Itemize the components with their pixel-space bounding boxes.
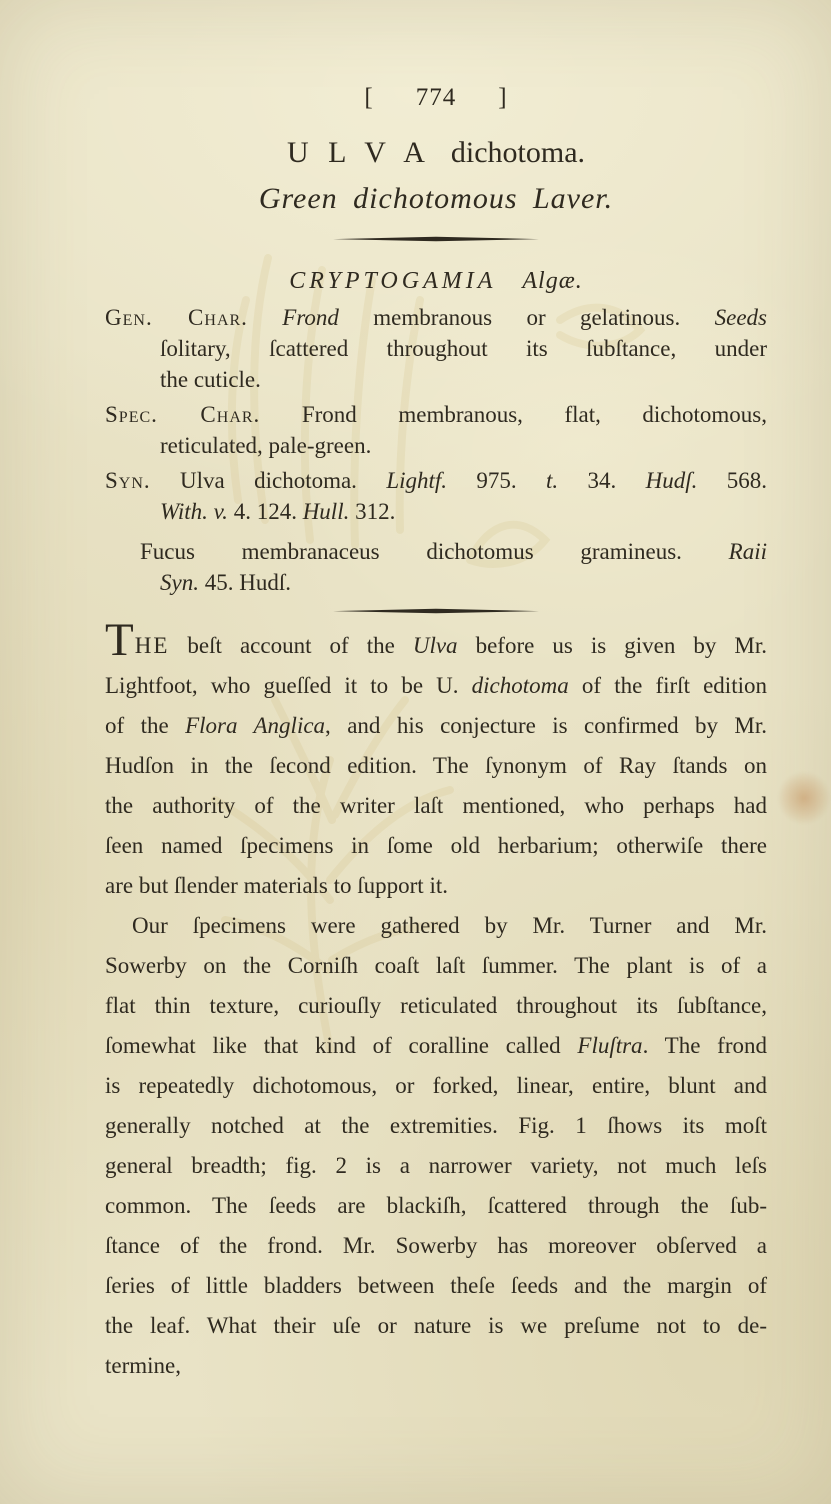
- page-number-close-bracket: ]: [498, 84, 507, 112]
- scanned-book-page: [ 774 ] U L V Adichotoma. Green dichotom…: [0, 0, 831, 1504]
- text-segment: is repeatedly dichotomous, or forked, li…: [105, 1073, 767, 1098]
- foxing-stain: [777, 771, 831, 825]
- text-segment: 45. Hudſ.: [199, 570, 291, 595]
- class-name: CRYPTOGAMIA: [289, 268, 496, 294]
- tapered-rule-top: [333, 236, 539, 242]
- text-segment: ſomewhat like that kind of coralline cal…: [105, 1033, 577, 1058]
- section-spec-char: Spec. Char. Frond membranous, flat, dich…: [105, 399, 767, 461]
- text-segment: 568.: [697, 468, 767, 493]
- text-segment: ſeen named ſpecimens in ſome old herbari…: [105, 833, 767, 858]
- text-segment: ſolitary, ſcattered throughout its ſubſt…: [160, 336, 767, 361]
- text-segment: of the: [105, 713, 185, 738]
- text-segment: generally notched at the extremities. Fi…: [105, 1113, 767, 1138]
- text-segment: Syn.: [105, 468, 151, 493]
- text-segment: , and his conjecture is confirmed by Mr.: [325, 713, 767, 738]
- text-segment: 312.: [349, 499, 395, 524]
- page-number: [ 774 ]: [105, 84, 767, 112]
- text-segment: Flora Anglica: [185, 713, 325, 738]
- body-paragraph-2: Our ſpecimens were gathered by Mr. Turne…: [105, 906, 767, 1386]
- text-segment: are but ſlender materials to ſupport it.: [105, 873, 448, 898]
- text-segment: HE: [135, 633, 170, 658]
- text-segment: Sowerby on the Corniſh coaſt laſt ſummer…: [105, 953, 767, 978]
- text-segment: flat thin texture, curiouſly reticulated…: [105, 993, 767, 1018]
- text-segment: the authority of the writer laſt mention…: [105, 793, 767, 818]
- text-segment: With.: [160, 499, 208, 524]
- text-line: Lightfoot, who gueſſed it to be U. dicho…: [105, 666, 767, 706]
- text-segment: common. The ſeeds are blackiſh, ſcattere…: [105, 1193, 767, 1218]
- text-segment: the leaf. What their uſe or nature is we…: [105, 1313, 767, 1338]
- body-paragraph-1: THE beſt account of the Ulva before us i…: [105, 626, 767, 906]
- text-segment: 975.: [447, 468, 546, 493]
- section-gen-char: Gen. Char. Frond membranous or gelatinou…: [105, 302, 767, 395]
- page-content: [ 774 ] U L V Adichotoma. Green dichotom…: [105, 0, 767, 1386]
- text-segment: Frond membranous, flat, dichotomous,: [260, 402, 767, 427]
- genus-name: U L V A: [287, 136, 431, 169]
- text-segment: beſt account of the: [169, 633, 412, 658]
- text-line: With. v. 4. 124. Hull. 312.: [105, 496, 767, 527]
- text-line: the authority of the writer laſt mention…: [105, 786, 767, 826]
- text-segment: Ulva dichotoma.: [151, 468, 387, 493]
- text-segment: Fluſtra: [577, 1033, 642, 1058]
- text-segment: 34.: [558, 468, 645, 493]
- tapered-rule-bottom: [333, 608, 539, 614]
- text-segment: Lightfoot, who gueſſed it to be U.: [105, 673, 472, 698]
- text-line: THE beſt account of the Ulva before us i…: [105, 626, 767, 666]
- body-text: THE beſt account of the Ulva before us i…: [105, 626, 767, 1386]
- text-segment: general breadth; fig. 2 is a narrower va…: [105, 1153, 767, 1178]
- text-line: ſolitary, ſcattered throughout its ſubſt…: [105, 333, 767, 364]
- text-line: Fucus membranaceus dichotomus gramineus.…: [105, 536, 767, 567]
- text-segment: before us is given by Mr.: [458, 633, 767, 658]
- text-line: are but ſlender materials to ſupport it.: [105, 866, 767, 906]
- species-title: U L V Adichotoma.: [105, 136, 767, 170]
- text-line: Syn. 45. Hudſ.: [105, 567, 767, 598]
- text-segment: dichotoma: [472, 673, 569, 698]
- text-segment: Raii: [729, 539, 767, 564]
- text-segment: 4. 124.: [228, 499, 303, 524]
- page-number-value: 774: [416, 84, 457, 112]
- text-line: common. The ſeeds are blackiſh, ſcattere…: [105, 1186, 767, 1226]
- text-segment: membranous or gelatinous.: [339, 305, 715, 330]
- text-segment: [248, 305, 282, 330]
- text-segment: . The frond: [643, 1033, 767, 1058]
- text-segment: Our ſpecimens were gathered by Mr. Turne…: [132, 913, 767, 938]
- text-segment: Hudſon in the ſecond edition. The ſynony…: [105, 753, 767, 778]
- text-segment: reticulated, pale-green.: [160, 433, 371, 458]
- text-segment: v.: [214, 499, 228, 524]
- text-segment: ſtance of the frond. Mr. Sowerby has mor…: [105, 1233, 767, 1258]
- text-line: general breadth; fig. 2 is a narrower va…: [105, 1146, 767, 1186]
- text-segment: Gen. Char.: [105, 305, 248, 330]
- text-line: the leaf. What their uſe or nature is we…: [105, 1306, 767, 1346]
- text-line: is repeatedly dichotomous, or forked, li…: [105, 1066, 767, 1106]
- diagnosis-sections: Gen. Char. Frond membranous or gelatinou…: [105, 302, 767, 598]
- text-line: Hudſon in the ſecond edition. The ſynony…: [105, 746, 767, 786]
- text-segment: Frond: [282, 305, 339, 330]
- species-epithet: dichotoma.: [451, 136, 585, 169]
- text-segment: of the firſt edition: [569, 673, 767, 698]
- text-line: generally notched at the extremities. Fi…: [105, 1106, 767, 1146]
- text-line: Gen. Char. Frond membranous or gelatinou…: [105, 302, 767, 333]
- page-number-open-bracket: [: [364, 84, 373, 112]
- classification-line: CRYPTOGAMIAAlgæ.: [105, 266, 767, 296]
- section-syn-fucus: Fucus membranaceus dichotomus gramineus.…: [105, 536, 767, 598]
- order-name: Algæ.: [522, 268, 582, 294]
- text-segment: the cuticle.: [160, 367, 261, 392]
- text-segment: T: [105, 614, 134, 666]
- text-line: reticulated, pale-green.: [105, 430, 767, 461]
- text-line: flat thin texture, curiouſly reticulated…: [105, 986, 767, 1026]
- text-segment: Syn.: [160, 570, 199, 595]
- text-line: Syn. Ulva dichotoma. Lightf. 975. t. 34.…: [105, 465, 767, 496]
- text-segment: Lightf.: [386, 468, 447, 493]
- text-line: Sowerby on the Corniſh coaſt laſt ſummer…: [105, 946, 767, 986]
- text-segment: Ulva: [413, 633, 458, 658]
- text-segment: Fucus membranaceus dichotomus gramineus.: [140, 539, 729, 564]
- text-segment: termine,: [105, 1353, 181, 1378]
- text-segment: Hull.: [303, 499, 350, 524]
- text-line: the cuticle.: [105, 364, 767, 395]
- text-segment: Hudſ.: [646, 468, 698, 493]
- text-line: ſeries of little bladders between theſe …: [105, 1266, 767, 1306]
- text-line: ſomewhat like that kind of coralline cal…: [105, 1026, 767, 1066]
- section-syn: Syn. Ulva dichotoma. Lightf. 975. t. 34.…: [105, 465, 767, 527]
- text-line: Our ſpecimens were gathered by Mr. Turne…: [105, 906, 767, 946]
- text-segment: ſeries of little bladders between theſe …: [105, 1273, 767, 1298]
- text-segment: Spec. Char.: [105, 402, 260, 427]
- text-line: Spec. Char. Frond membranous, flat, dich…: [105, 399, 767, 430]
- text-segment: Seeds: [715, 305, 767, 330]
- text-line: of the Flora Anglica, and his conjecture…: [105, 706, 767, 746]
- text-line: ſeen named ſpecimens in ſome old herbari…: [105, 826, 767, 866]
- text-segment: t.: [546, 468, 558, 493]
- common-name-subtitle: Green dichotomous Laver.: [105, 182, 767, 216]
- text-line: ſtance of the frond. Mr. Sowerby has mor…: [105, 1226, 767, 1266]
- text-line: termine,: [105, 1346, 767, 1386]
